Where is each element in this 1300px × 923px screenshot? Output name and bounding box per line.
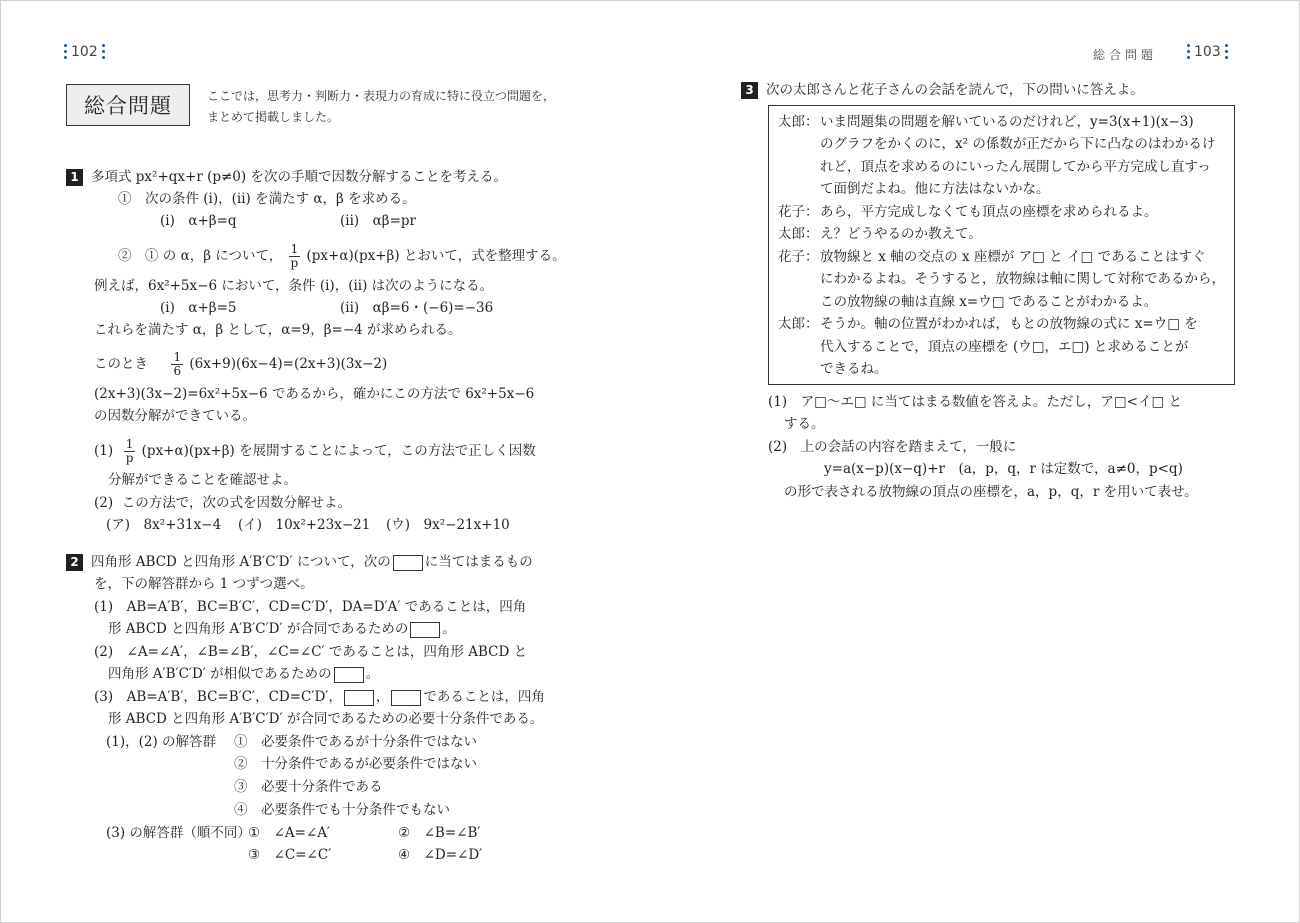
intro-line: まとめて掲載しました。	[207, 107, 555, 128]
numerator: 1	[289, 243, 301, 257]
dialog-line: この放物線の軸は直線 x=ウ□ であることがわかるよ。	[820, 292, 1157, 312]
question-1-1: (1) 1p (px+α)(px+β) を展開することによって，この方法で正しく…	[94, 438, 536, 465]
dialog-line: れど，頂点を求めるのにいったん展開してから平方完成し直すっ	[820, 157, 1211, 177]
page-number-text: 102	[71, 44, 98, 60]
choice-item: ② 十分条件であるが必要条件ではない	[234, 754, 477, 774]
denominator: 6	[171, 365, 183, 378]
dots-decoration-icon	[1225, 44, 1228, 60]
dialog-line: にわかるよね。そうすると，放物線は軸に関して対称であるから，	[820, 269, 1225, 289]
step-2-post: (px+α)(px+β) とおいて，式を整理する。	[307, 248, 566, 264]
choice-item: ④ 必要条件でも十分条件でもない	[234, 800, 450, 820]
dialog-line: 放物線と x 軸の交点の x 座標が ア□ と イ□ であることはすぐ	[820, 247, 1206, 267]
condition-i: (i) α+β=q	[160, 211, 237, 231]
dialog-line: 代入することで，頂点の座標を (ウ□，エ□) と求めることが	[820, 337, 1188, 357]
denominator: p	[289, 257, 301, 270]
step-2: ② ① の α，β について， 1p (px+α)(px+β) とおいて，式を整…	[118, 243, 566, 270]
statement-text: 次の太郎さんと花子さんの会話を読んで，下の問いに答えよ。	[766, 82, 1144, 98]
section-intro: ここでは，思考力・判断力・表現力の育成に特に役立つ問題を， まとめて掲載しました…	[207, 86, 555, 128]
answer-blank[interactable]	[391, 690, 421, 706]
choice-item: ① ∠A=∠A′	[248, 823, 330, 843]
dialog-speaker: 太郎：	[778, 224, 819, 244]
dialog-line: え？どうやるのか教えて。	[820, 224, 982, 244]
example-result: これらを満たす α，β として，α=9，β=−4 が求められる。	[94, 320, 462, 340]
question-text: 分解ができることを確認せよ。	[108, 470, 297, 490]
question-1-2: (2) この方法で，次の式を因数分解せよ。	[94, 493, 351, 513]
dots-decoration-icon	[1187, 44, 1190, 60]
dialog-line: できるね。	[820, 359, 888, 379]
question-text: 四角形 A′B′C′D′ が相似であるための	[108, 666, 332, 682]
question-text: (px+α)(px+β) を展開することによって，この方法で正しく因数	[142, 443, 536, 459]
answer-blank[interactable]	[344, 690, 374, 706]
question-text: の形で表される放物線の頂点の座標を，a，p，q，r を用いて表せ。	[784, 482, 1198, 502]
check-line: (2x+3)(3x−2)=6x²+5x−6 であるから，確かにこの方法で 6x²…	[94, 384, 534, 404]
formula: y=a(x−p)(x−q)+r (a，p，q，r は定数で，a≠0，p<q)	[824, 459, 1183, 479]
dialog-line: あら，平方完成しなくても頂点の座標を求められるよ。	[820, 202, 1158, 222]
fraction: 1p	[289, 243, 301, 270]
problem-2-statement: 2四角形 ABCD と四角形 A′B′C′D′ について，次のに当てはまるもの	[66, 552, 533, 572]
dialog-speaker: 花子：	[778, 202, 819, 222]
choice-item: ④ ∠D=∠D′	[398, 845, 482, 865]
dots-decoration-icon	[64, 44, 67, 60]
statement-text: に当てはまるもの	[425, 554, 533, 570]
dialog-line: いま問題集の問題を解いているのだけれど，y=3(x+1)(x−3)	[820, 112, 1194, 132]
question-text: する。	[784, 414, 825, 434]
denominator: p	[124, 452, 136, 465]
statement-text: 多項式 px²+qx+r (p≠0) を次の手順で因数分解することを考える。	[91, 169, 507, 185]
fraction: 16	[171, 351, 183, 378]
then-label: このとき	[94, 356, 148, 372]
question-label: (1)	[94, 443, 113, 459]
question-text: この方法で，次の式を因数分解せよ。	[122, 495, 351, 511]
answer-group-label: (1)，(2) の解答群	[106, 732, 216, 752]
choice-item: ② ∠B=∠B′	[398, 823, 480, 843]
problem-1-statement: 1多項式 px²+qx+r (p≠0) を次の手順で因数分解することを考える。	[66, 167, 507, 187]
question-2-3: (3) AB=A′B′，BC=B′C′，CD=C′D′，，であることは，四角	[94, 687, 545, 707]
example-condition-ii: (ii) αβ=6・(−6)=−36	[340, 298, 493, 318]
sub-question-c: (ウ) 9x²−21x+10	[386, 515, 510, 535]
question-text: であることは，四角	[423, 689, 545, 705]
example-text: 例えば，6x²+5x−6 において，条件 (i)，(ii) は次のようになる。	[94, 276, 493, 296]
question-3-1: (1) ア□〜エ□ に当てはまる数値を答えよ。ただし，ア□<イ□ と	[768, 392, 1182, 412]
problem-3-statement: 3次の太郎さんと花子さんの会話を読んで，下の問いに答えよ。	[741, 80, 1144, 100]
question-text: 形 ABCD と四角形 A′B′C′D′ が合同であるための必要十分条件である。	[108, 709, 543, 729]
question-text: (3) AB=A′B′，BC=B′C′，CD=C′D′，	[94, 689, 342, 705]
answer-blank[interactable]	[334, 667, 364, 683]
answer-group-label: (3) の解答群（順不同）	[106, 823, 251, 843]
condition-ii: (ii) αβ=pr	[340, 211, 416, 231]
problem-number-badge: 2	[66, 554, 83, 571]
numerator: 1	[171, 351, 183, 365]
problem-number-badge: 1	[66, 169, 83, 186]
page-number-text: 103	[1194, 44, 1221, 60]
fraction: 1p	[124, 438, 136, 465]
left-page-number: 102	[60, 44, 109, 60]
problem-number-badge: 3	[741, 82, 758, 99]
dots-decoration-icon	[102, 44, 105, 60]
check-line: の因数分解ができている。	[94, 406, 256, 426]
dialog-speaker: 太郎：	[778, 314, 819, 334]
question-2-2: (2) ∠A=∠A′，∠B=∠B′，∠C=∠C′ であることは，四角形 ABCD…	[94, 642, 527, 662]
statement-text: 四角形 ABCD と四角形 A′B′C′D′ について，次の	[91, 554, 391, 570]
right-page-number: 103	[1183, 44, 1232, 60]
choice-item: ③ ∠C=∠C′	[248, 845, 331, 865]
step-1: ① 次の条件 (i)，(ii) を満たす α，β を求める。	[118, 189, 416, 209]
step-2-pre: ② ① の α，β について，	[118, 248, 282, 264]
question-text: 形 ABCD と四角形 A′B′C′D′ が合同であるための	[108, 621, 408, 637]
dialog-line: のグラフをかくのに，x² の係数が正だから下に凸なのはわかるけ	[820, 134, 1215, 154]
dialog-speaker: 太郎：	[778, 112, 819, 132]
question-2-1: (1) AB=A′B′，BC=B′C′，CD=C′D′，DA=D′A′ であるこ…	[94, 597, 526, 617]
answer-blank[interactable]	[410, 622, 440, 638]
question-label: (2)	[94, 495, 113, 511]
question-2-1-cont: 形 ABCD と四角形 A′B′C′D′ が合同であるための。	[108, 619, 456, 639]
answer-blank[interactable]	[393, 555, 423, 571]
section-title: 総合問題	[66, 84, 190, 126]
sub-question-b: (イ) 10x²+23x−21	[238, 515, 370, 535]
example-condition-i: (i) α+β=5	[160, 298, 237, 318]
choice-item: ③ 必要十分条件である	[234, 777, 383, 797]
statement-text: を，下の解答群から 1 つずつ選べ。	[94, 574, 314, 594]
dialog-line: そうか。軸の位置がわかれば，もとの放物線の式に x=ウ□ を	[820, 314, 1198, 334]
intro-line: ここでは，思考力・判断力・表現力の育成に特に役立つ問題を，	[207, 86, 555, 107]
then-expr: (6x+9)(6x−4)=(2x+3)(3x−2)	[189, 356, 387, 372]
question-2-2-cont: 四角形 A′B′C′D′ が相似であるための。	[108, 664, 379, 684]
sub-question-a: (ア) 8x²+31x−4	[106, 515, 221, 535]
question-3-2: (2) 上の会話の内容を踏まえて，一般に	[768, 437, 1016, 457]
dialog-line: て面倒だよね。他に方法はないかな。	[820, 179, 1050, 199]
dialog-speaker: 花子：	[778, 247, 819, 267]
then-expression: このとき 16 (6x+9)(6x−4)=(2x+3)(3x−2)	[94, 351, 387, 378]
choice-item: ① 必要条件であるが十分条件ではない	[234, 732, 477, 752]
numerator: 1	[124, 438, 136, 452]
running-head: 総合問題	[1093, 46, 1157, 63]
